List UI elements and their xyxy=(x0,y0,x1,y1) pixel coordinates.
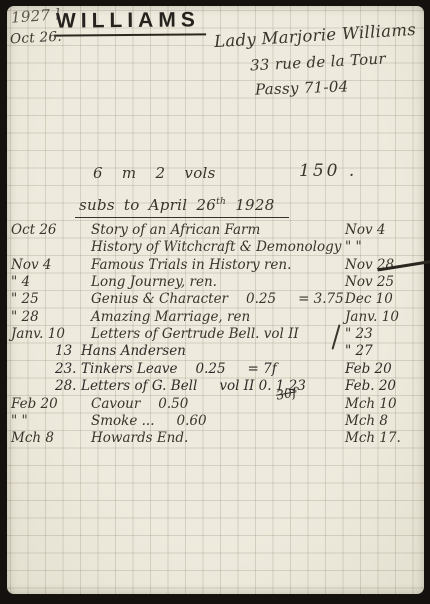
ledger-row: History of Witchcraft & Demonology" " xyxy=(7,239,424,256)
date-returned: Mch 17. xyxy=(345,430,421,446)
date-returned: Mch 10 xyxy=(345,396,421,412)
date-returned: Feb 20 xyxy=(345,361,421,377)
date-returned: Nov 28 xyxy=(345,257,421,273)
book-title: Cavour0.50 xyxy=(91,396,188,412)
subscription-terms: 6 m 2 vols xyxy=(93,164,216,182)
book-title: Smoke ...0.60 xyxy=(91,413,207,429)
surname-heading: WILLIAMS xyxy=(54,8,206,36)
renewal-superscript: th xyxy=(216,197,226,207)
book-title: Famous Trials in History ren. xyxy=(91,257,291,273)
date-returned: " " xyxy=(345,239,421,255)
date-returned: Nov 25 xyxy=(345,274,421,290)
ledger-note: = 7f xyxy=(248,361,277,377)
ledger-row: 23.Tinkers Leave0.25= 7fFeb 20 xyxy=(7,361,424,378)
ledger-note: = 3.75 xyxy=(298,291,344,307)
book-title: Howards End. xyxy=(91,430,188,446)
date-returned: " 23 xyxy=(345,326,421,342)
ledger-row: 28.Letters of G. Bellvol II 0. 1.2330fFe… xyxy=(7,378,424,395)
book-title: Genius & Character0.25= 3.75 xyxy=(91,291,344,307)
date-borrowed: " 25 xyxy=(11,291,87,307)
date-returned: Janv. 10 xyxy=(345,309,421,325)
ledger-row: Mch 8Howards End.Mch 17. xyxy=(7,430,424,447)
book-title: Hans Andersen xyxy=(81,343,186,359)
member-name: Lady Marjorie Williams xyxy=(213,20,416,51)
book-title: Long Journey, ren. xyxy=(91,274,217,290)
date-opened: Oct 26. xyxy=(10,29,63,48)
book-price: 0.50 xyxy=(158,396,188,412)
date-returned: Dec 10 xyxy=(345,291,421,307)
ledger-note: 0.60 xyxy=(177,413,207,429)
date-borrowed: " 4 xyxy=(11,274,87,290)
renewal-year: 1928 xyxy=(226,196,274,214)
subscription-renewal: subs to April 26th 1928 xyxy=(75,196,289,218)
date-returned: Mch 8 xyxy=(345,413,421,429)
subscription-price: 150 . xyxy=(299,161,357,181)
date-borrowed: Feb 20 xyxy=(11,396,87,412)
ledger-row: Nov 4Famous Trials in History ren.Nov 28 xyxy=(7,257,424,274)
date-returned: Nov 4 xyxy=(345,222,421,238)
date-borrowed: Oct 26 xyxy=(11,222,87,238)
book-title: History of Witchcraft & Demonology xyxy=(91,239,341,255)
book-price: 0.25 xyxy=(195,361,225,377)
member-address: 33 rue de la Tour xyxy=(250,49,387,74)
library-card: 1927 l WILLIAMS Oct 26. Lady Marjorie Wi… xyxy=(7,6,424,594)
ledger-row: " 28Amazing Marriage, renJanv. 10 xyxy=(7,309,424,326)
ledger-note: vol II 0. 1.2330f xyxy=(219,378,296,394)
ledger-row: " "Smoke ...0.60Mch 8 xyxy=(7,413,424,430)
book-title: Amazing Marriage, ren xyxy=(91,309,250,325)
book-title: Story of an African Farm xyxy=(91,222,260,238)
ledger-row: 13Hans Andersen" 27 xyxy=(7,343,424,360)
date-returned: " 27 xyxy=(345,343,421,359)
date-borrowed: Nov 4 xyxy=(11,257,87,273)
date-borrowed: " 28 xyxy=(11,309,87,325)
ledger-row: Janv. 10Letters of Gertrude Bell. vol II… xyxy=(7,326,424,343)
member-phone: Passy 71-04 xyxy=(255,77,349,98)
book-title: Letters of Gertrude Bell. vol II xyxy=(91,326,299,342)
date-borrowed: Mch 8 xyxy=(11,430,87,446)
renewal-text: subs to April 26 xyxy=(79,196,216,214)
ledger-row: Oct 26Story of an African FarmNov 4 xyxy=(7,222,424,239)
book-title: Letters of G. Bellvol II 0. 1.2330f xyxy=(81,378,296,394)
date-returned: Feb. 20 xyxy=(345,378,421,394)
date-borrowed: " " xyxy=(11,413,87,429)
book-price: 0.25 xyxy=(246,291,276,307)
ledger-row: Feb 20Cavour0.50Mch 10 xyxy=(7,396,424,413)
ledger-row: " 25Genius & Character0.25= 3.75Dec 10 xyxy=(7,291,424,308)
book-title: Tinkers Leave0.25= 7f xyxy=(81,361,277,377)
ledger-row: " 4Long Journey, ren.Nov 25 xyxy=(7,274,424,291)
date-borrowed: Janv. 10 xyxy=(11,326,87,342)
